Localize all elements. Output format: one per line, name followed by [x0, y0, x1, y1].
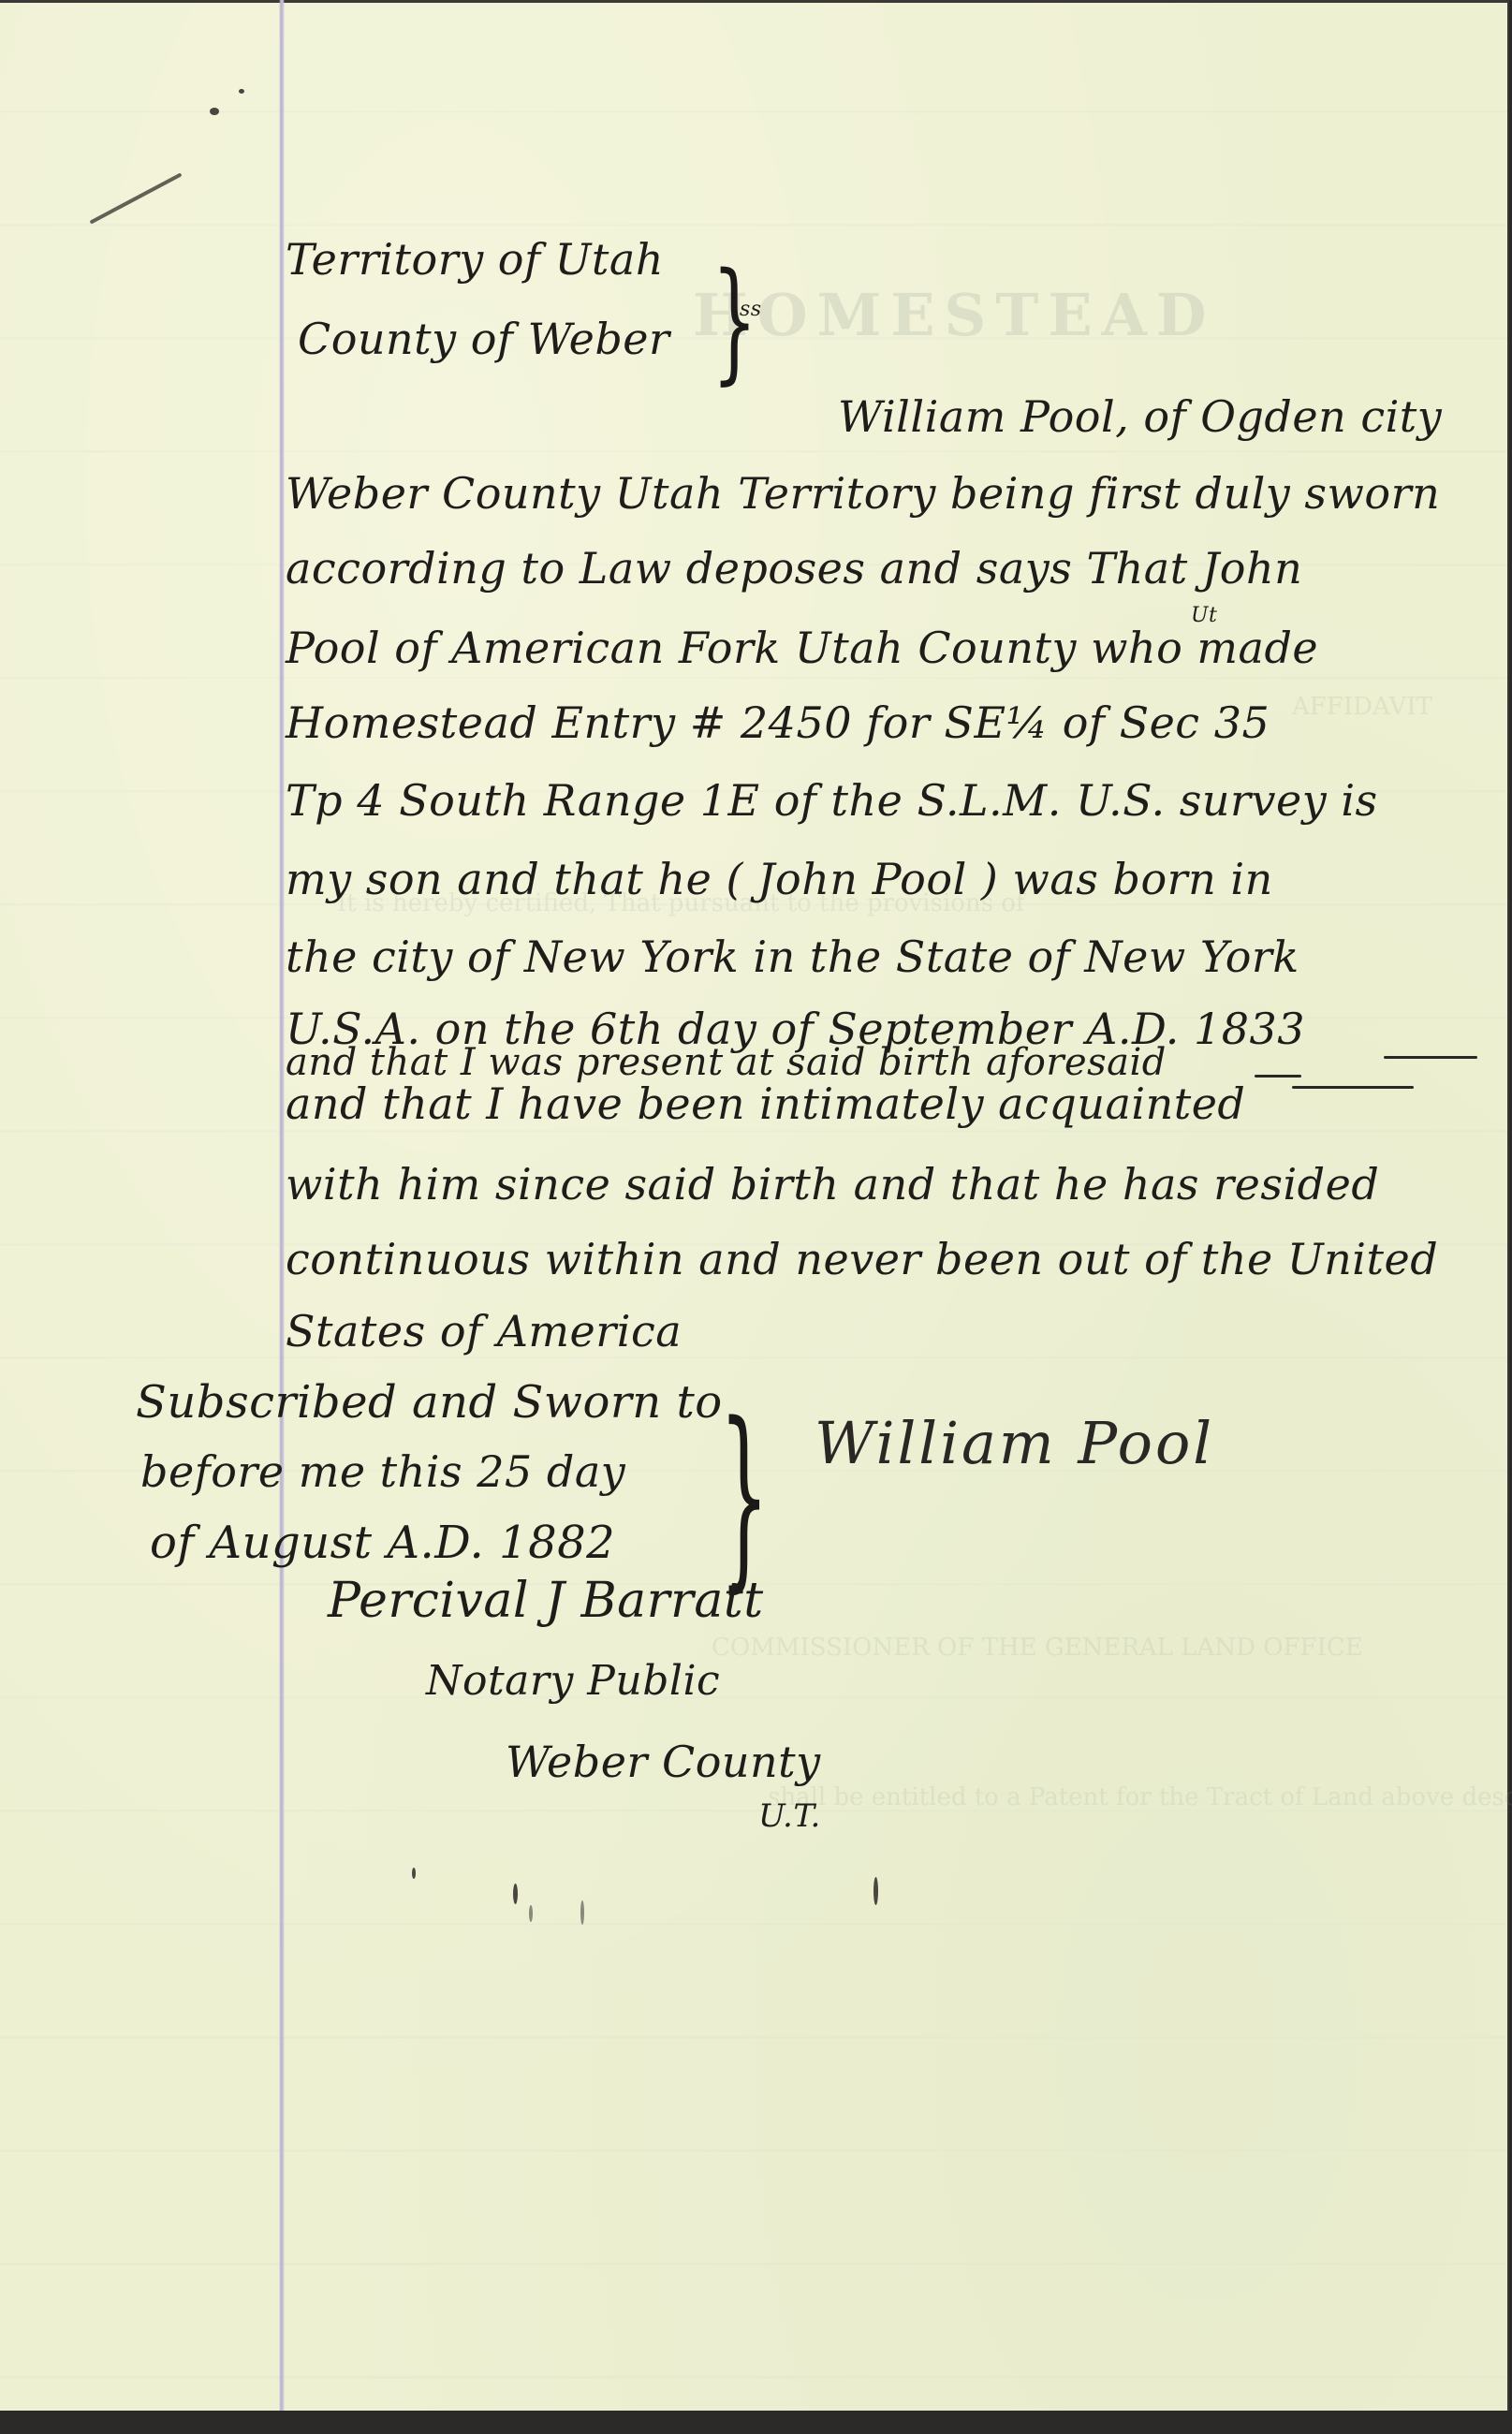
body-line-3: according to Law deposes and says That J… — [286, 543, 1302, 594]
bleed-through-fragment: shall be entitled to a Patent for the Tr… — [768, 1783, 1512, 1811]
line-filler-stroke — [1292, 1086, 1414, 1089]
notary-name: Percival J Barratt — [328, 1573, 764, 1629]
bleed-through-fragment: AFFIDAVIT — [1292, 693, 1432, 721]
body-line-14: States of America — [286, 1306, 682, 1356]
body-line-2: Weber County Utah Territory being first … — [286, 468, 1440, 519]
body-line-12: with him since said birth and that he ha… — [286, 1159, 1379, 1210]
body-line-11: and that I have been intimately acquaint… — [286, 1078, 1245, 1129]
venue-county: County of Weber — [298, 314, 670, 364]
ink-speck — [513, 1884, 518, 1904]
jurat-line-1: Subscribed and Sworn to — [136, 1376, 723, 1429]
ink-speck — [529, 1905, 533, 1922]
notary-title: Notary Public — [426, 1657, 720, 1705]
bleed-through-heading: HOMESTEAD — [693, 281, 1216, 349]
line-filler-stroke — [1255, 1075, 1301, 1078]
notary-territory: U.T. — [758, 1797, 821, 1835]
body-line-1: William Pool, of Ogden city — [838, 391, 1442, 442]
ink-speck — [210, 108, 219, 115]
ink-speck — [873, 1877, 878, 1905]
notary-county: Weber County — [506, 1737, 821, 1787]
body-line-13: continuous within and never been out of … — [286, 1234, 1438, 1284]
bleed-through-fragment: COMMISSIONER OF THE GENERAL LAND OFFICE — [712, 1634, 1363, 1662]
body-line-4: Pool of American Fork Utah County who ma… — [286, 623, 1318, 673]
body-line-5: Homestead Entry # 2450 for SE¼ of Sec 35 — [286, 697, 1270, 748]
affiant-signature: William Pool — [815, 1409, 1214, 1477]
body-line-7: my son and that he ( John Pool ) was bor… — [286, 854, 1273, 904]
body-line-8: the city of New York in the State of New… — [286, 931, 1299, 982]
venue-ss: ss — [740, 298, 762, 321]
jurat-line-2: before me this 25 day — [140, 1446, 625, 1497]
venue-territory: Territory of Utah — [286, 234, 664, 285]
stray-pen-mark — [89, 172, 182, 224]
document-page: HOMESTEAD AFFIDAVIT It is hereby certifi… — [0, 0, 1509, 2411]
margin-rule — [279, 0, 285, 2411]
venue-brace: } — [712, 245, 757, 398]
ink-speck — [239, 89, 244, 94]
line-filler-stroke — [1384, 1056, 1477, 1059]
ink-speck — [412, 1868, 416, 1879]
jurat-line-3: of August A.D. 1882 — [150, 1517, 615, 1569]
body-line-6: Tp 4 South Range 1E of the S.L.M. U.S. s… — [286, 775, 1378, 826]
scan-background-edge — [0, 2411, 1512, 2434]
ink-speck — [580, 1900, 584, 1925]
